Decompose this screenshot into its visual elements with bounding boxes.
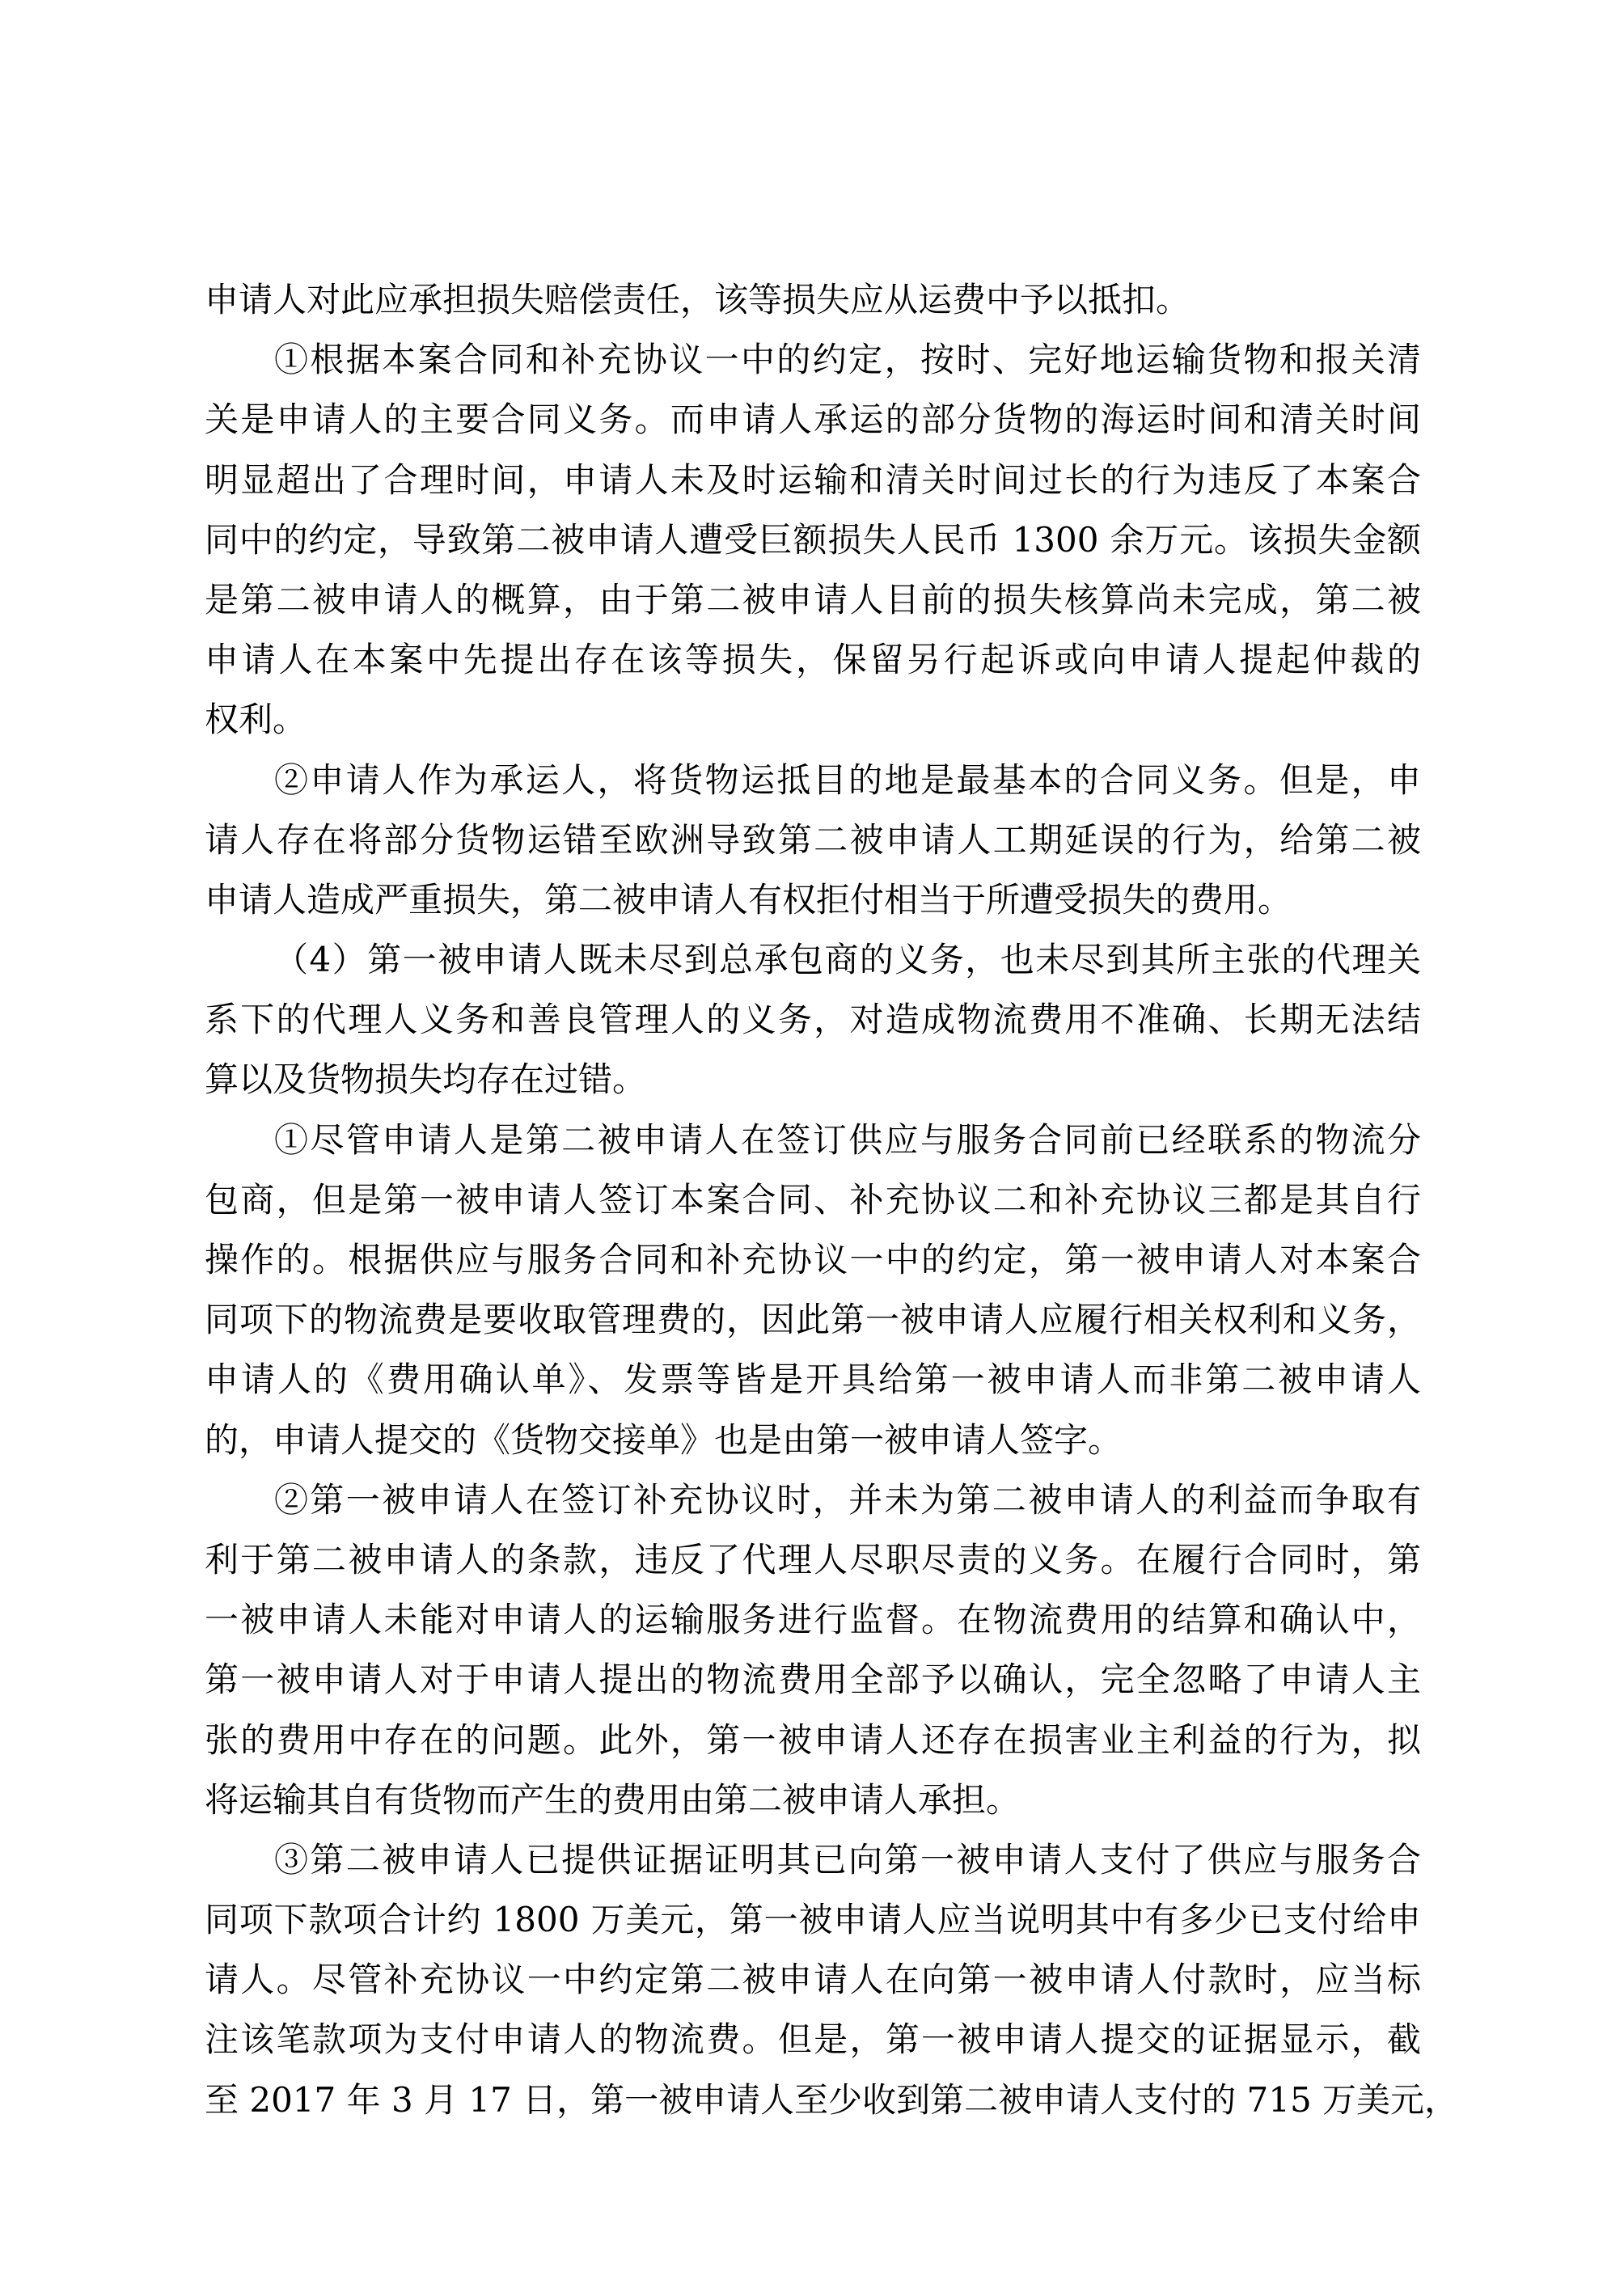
text-line: 申请人造成严重损失，第二被申请人有权拒付相当于所遭受损失的费用。 [205,870,1421,930]
text-line: 包商，但是第一被申请人签订本案合同、补充协议二和补充协议三都是其自行 [205,1170,1421,1230]
text-line: 张的费用中存在的问题。此外，第一被申请人还存在损害业主利益的行为，拟 [205,1711,1421,1770]
text-line: 将运输其自有货物而产生的费用由第二被申请人承担。 [205,1770,1421,1830]
text-line: 请人。尽管补充协议一中约定第二被申请人在向第一被申请人付款时，应当标 [205,1950,1421,2010]
text-line: 注该笔款项为支付申请人的物流费。但是，第一被申请人提交的证据显示，截 [205,2010,1421,2070]
text-line: 同中的约定，导致第二被申请人遭受巨额损失人民币 1300 余万元。该损失金额 [205,510,1421,570]
text-line: 同项下款项合计约 1800 万美元，第一被申请人应当说明其中有多少已支付给申 [205,1890,1421,1950]
text-line: 同项下的物流费是要收取管理费的，因此第一被申请人应履行相关权利和义务， [205,1290,1421,1350]
text-line: 一被申请人未能对申请人的运输服务进行监督。在物流费用的结算和确认中， [205,1590,1421,1650]
text-line: 申请人的《费用确认单》、发票等皆是开具给第一被申请人而非第二被申请人 [205,1350,1421,1410]
text-line: 申请人对此应承担损失赔偿责任，该等损失应从运费中予以抵扣。 [205,270,1421,330]
paragraph-circle2-misdelivery: ②申请人作为承运人，将货物运抵目的地是最基本的合同义务。但是，申 请人存在将部分… [205,751,1421,931]
paragraph-circle1-delay-loss: ①根据本案合同和补充协议一中的约定，按时、完好地运输货物和报关清 关是申请人的主… [205,330,1421,750]
text-line: 系下的代理人义务和善良管理人的义务，对造成物流费用不准确、长期无法结 [205,990,1421,1050]
text-line: 第一被申请人对于申请人提出的物流费用全部予以确认，完全忽略了申请人主 [205,1650,1421,1710]
paragraph-item-4: （4）第一被申请人既未尽到总承包商的义务，也未尽到其所主张的代理关 系下的代理人… [205,930,1421,1110]
text-line: 是第二被申请人的概算，由于第二被申请人目前的损失核算尚未完成，第二被 [205,570,1421,630]
document-page: 申请人对此应承担损失赔偿责任，该等损失应从运费中予以抵扣。 ①根据本案合同和补充… [205,270,1421,2130]
text-line: （4）第一被申请人既未尽到总承包商的义务，也未尽到其所主张的代理关 [205,930,1421,990]
text-line: 操作的。根据供应与服务合同和补充协议一中的约定，第一被申请人对本案合 [205,1230,1421,1290]
text-line: 明显超出了合理时间，申请人未及时运输和清关时间过长的行为违反了本案合 [205,450,1421,510]
text-line: 利于第二被申请人的条款，违反了代理人尽职尽责的义务。在履行合同时，第 [205,1530,1421,1590]
text-line: 申请人在本案中先提出存在该等损失，保留另行起诉或向申请人提起仲裁的 [205,630,1421,690]
text-line: 算以及货物损失均存在过错。 [205,1050,1421,1110]
text-line: 请人存在将部分货物运错至欧洲导致第二被申请人工期延误的行为，给第二被 [205,810,1421,870]
text-line: ②第一被申请人在签订补充协议时，并未为第二被申请人的利益而争取有 [205,1470,1421,1530]
paragraph-circle3-payments: ③第二被申请人已提供证据证明其已向第一被申请人支付了供应与服务合 同项下款项合计… [205,1830,1421,2130]
text-line: 关是申请人的主要合同义务。而申请人承运的部分货物的海运时间和清关时间 [205,390,1421,450]
text-line: 至 2017 年 3 月 17 日，第一被申请人至少收到第二被申请人支付的 71… [205,2070,1421,2130]
paragraph-circle2-agent-duty: ②第一被申请人在签订补充协议时，并未为第二被申请人的利益而争取有 利于第二被申请… [205,1470,1421,1830]
paragraph-continuation: 申请人对此应承担损失赔偿责任，该等损失应从运费中予以抵扣。 [205,270,1421,330]
text-line: 的，申请人提交的《货物交接单》也是由第一被申请人签字。 [205,1410,1421,1470]
text-line: 权利。 [205,690,1421,750]
text-line: ①尽管申请人是第二被申请人在签订供应与服务合同前已经联系的物流分 [205,1110,1421,1170]
text-line: ①根据本案合同和补充协议一中的约定，按时、完好地运输货物和报关清 [205,330,1421,390]
paragraph-circle1-subcontractor: ①尽管申请人是第二被申请人在签订供应与服务合同前已经联系的物流分 包商，但是第一… [205,1110,1421,1470]
text-line: ③第二被申请人已提供证据证明其已向第一被申请人支付了供应与服务合 [205,1830,1421,1890]
text-line: ②申请人作为承运人，将货物运抵目的地是最基本的合同义务。但是，申 [205,751,1421,810]
